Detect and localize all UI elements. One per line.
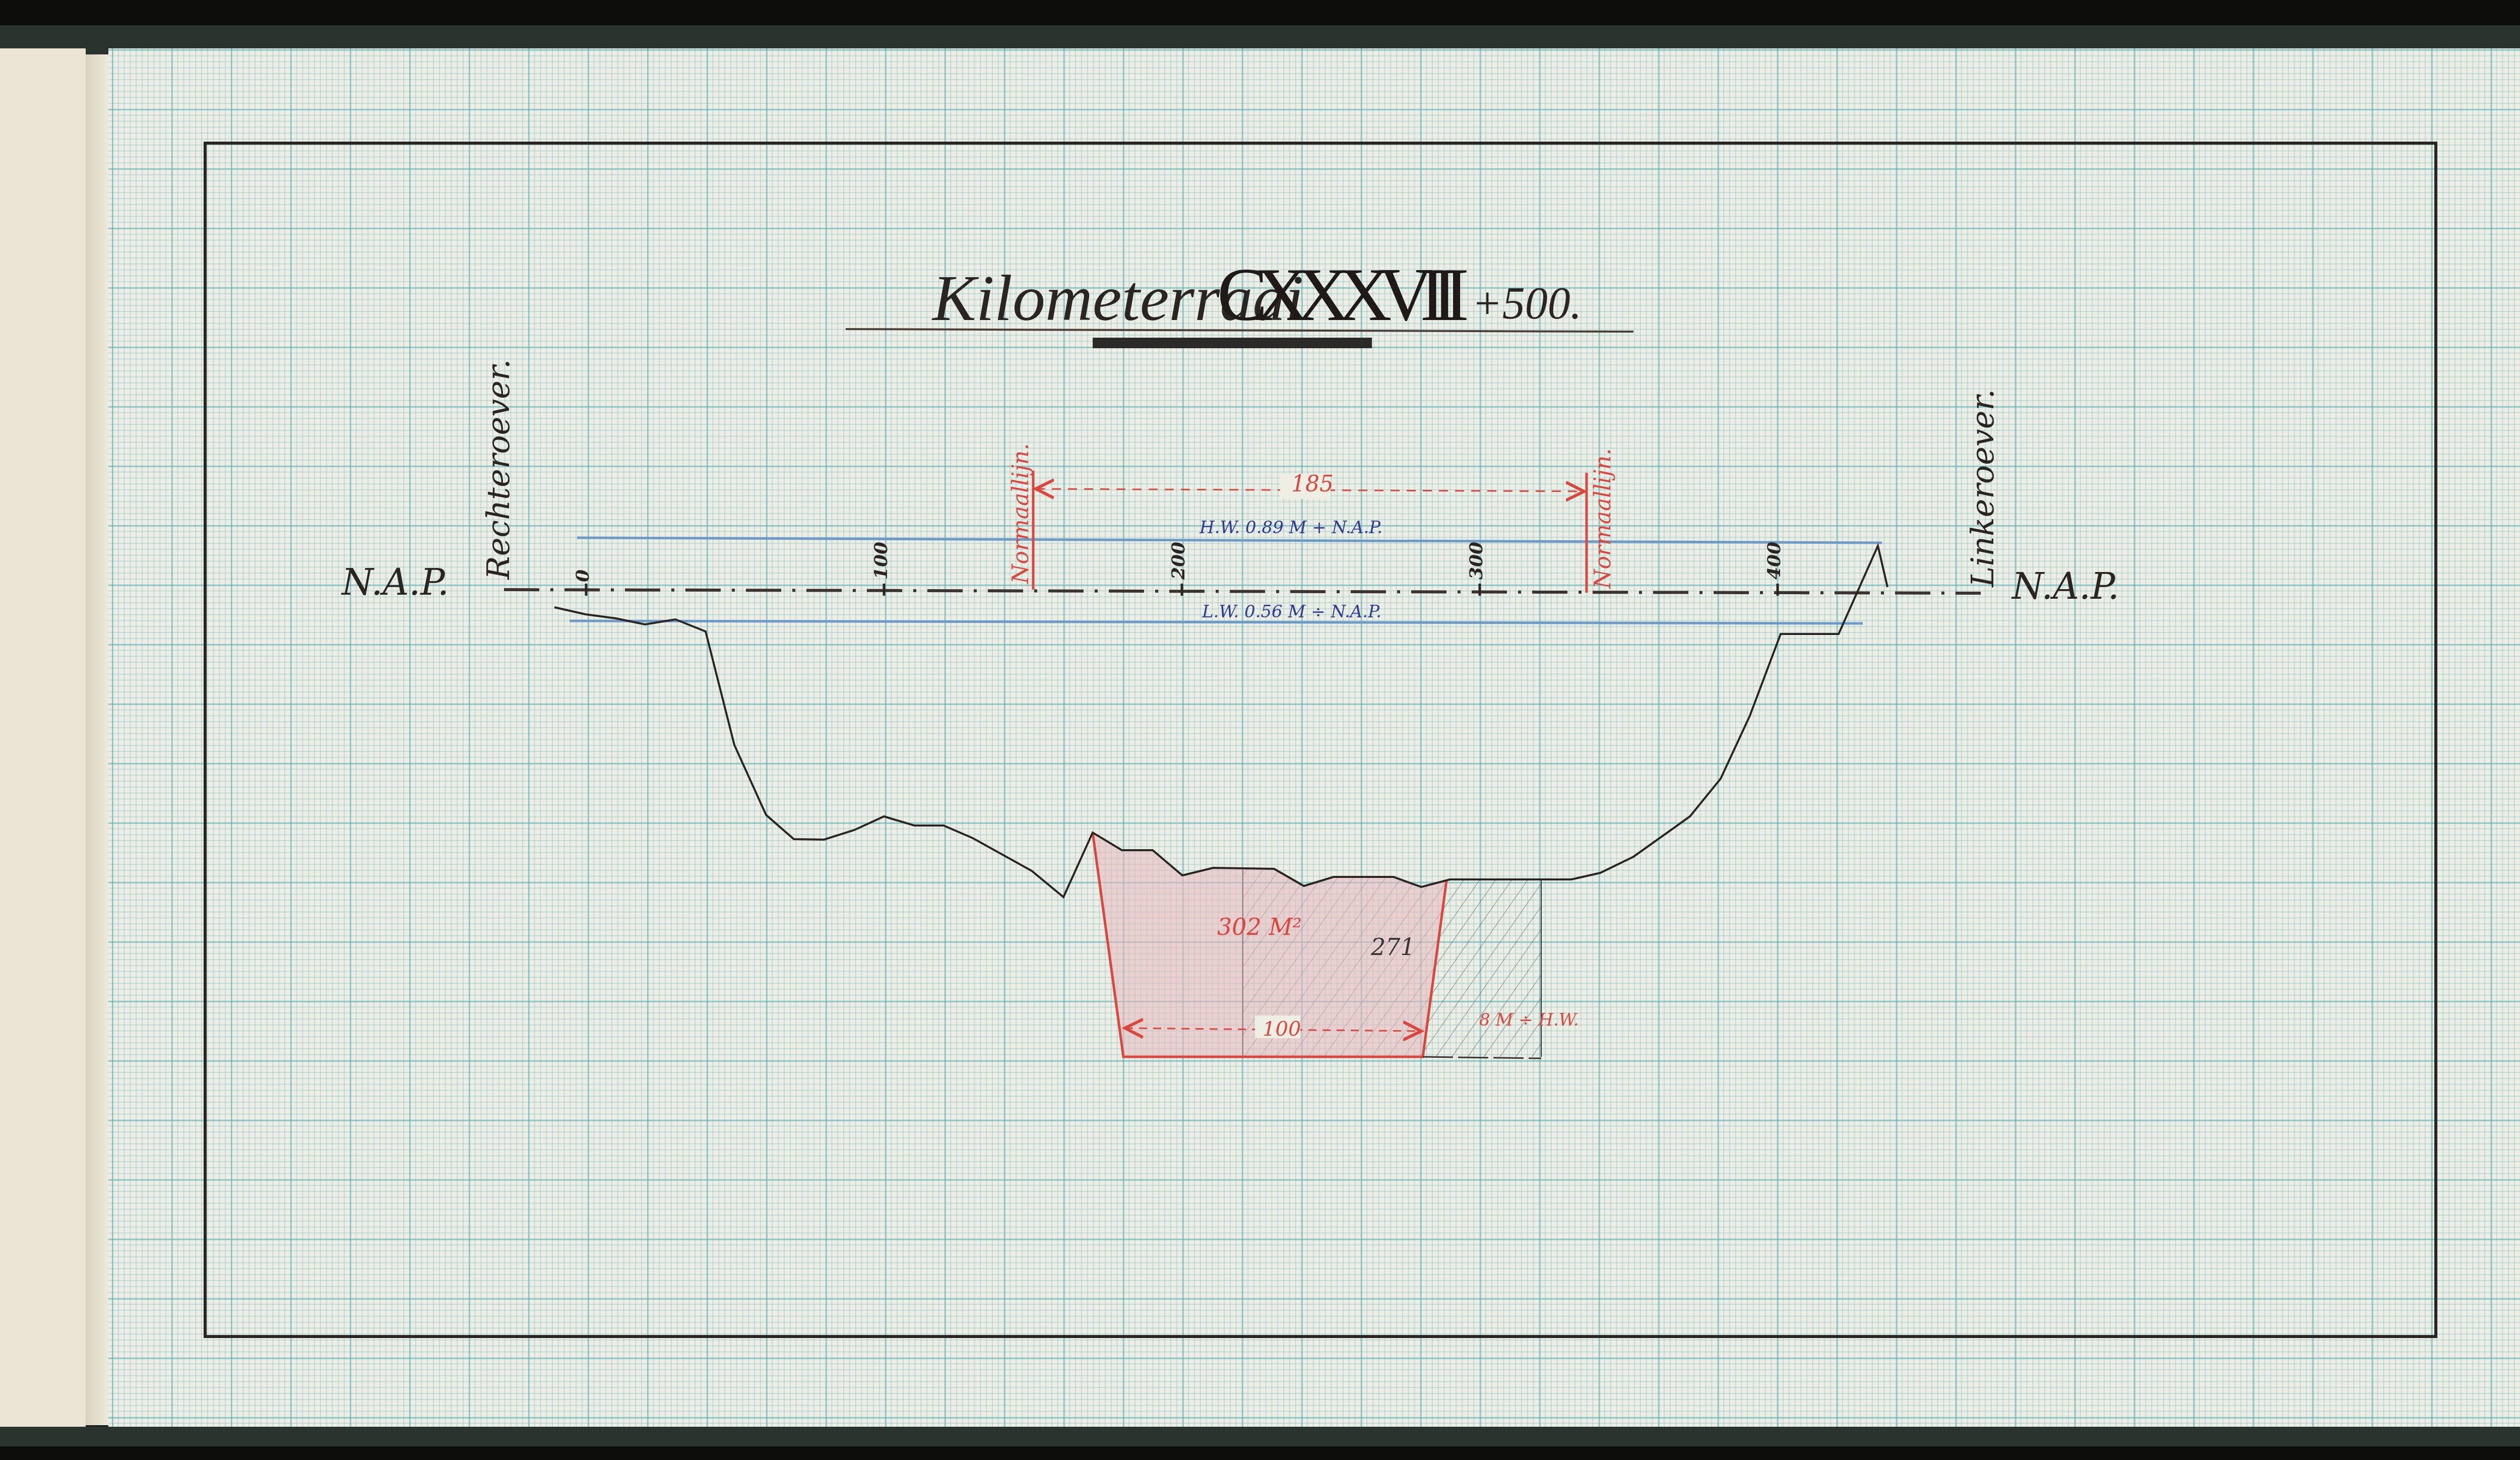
title-suffix: +500. (1472, 279, 1582, 329)
normal-line-right-label: Normaallijn. (1590, 449, 1616, 589)
title-numeral: CXXXVIII (1217, 253, 1469, 337)
hatched-area-label: 271 (1370, 933, 1415, 961)
channel-width-label: 100 (1263, 1018, 1301, 1041)
tick-400: 400 (1763, 542, 1785, 580)
tick-0: 0 (572, 569, 593, 582)
normal-width-label: 185 (1291, 471, 1334, 497)
normal-line-left-label: Normaallijn. (1008, 443, 1034, 584)
riverbed-profile (554, 546, 1887, 897)
high-water-line (577, 538, 1882, 543)
nap-label-left: N.A.P. (341, 561, 449, 603)
high-water-label: H.W. 0.89 M + N.A.P. (1199, 518, 1382, 538)
scan-stage: Kilometerraai CXXXVIII +500. H.W. 0.89 M… (0, 0, 2520, 1460)
cross-section-drawing: Kilometerraai CXXXVIII +500. H.W. 0.89 M… (0, 0, 2520, 1460)
nap-datum-line (504, 590, 1981, 593)
title-bar (1093, 338, 1372, 348)
tick-300: 300 (1466, 542, 1487, 580)
area-label: 302 M² (1217, 913, 1302, 940)
title-block: Kilometerraai CXXXVIII +500. (846, 253, 1633, 348)
low-water-label: L.W. 0.56 M ÷ N.A.P. (1202, 602, 1381, 622)
right-bank-label: Rechteroever. (480, 359, 517, 580)
channel-depth-label: 8 M ÷ H.W. (1479, 1010, 1579, 1030)
tick-100: 100 (870, 542, 892, 580)
left-bank-label: Linkeroever. (1964, 389, 2001, 588)
tick-200: 200 (1168, 542, 1189, 580)
nap-label-right: N.A.P. (2011, 565, 2119, 607)
